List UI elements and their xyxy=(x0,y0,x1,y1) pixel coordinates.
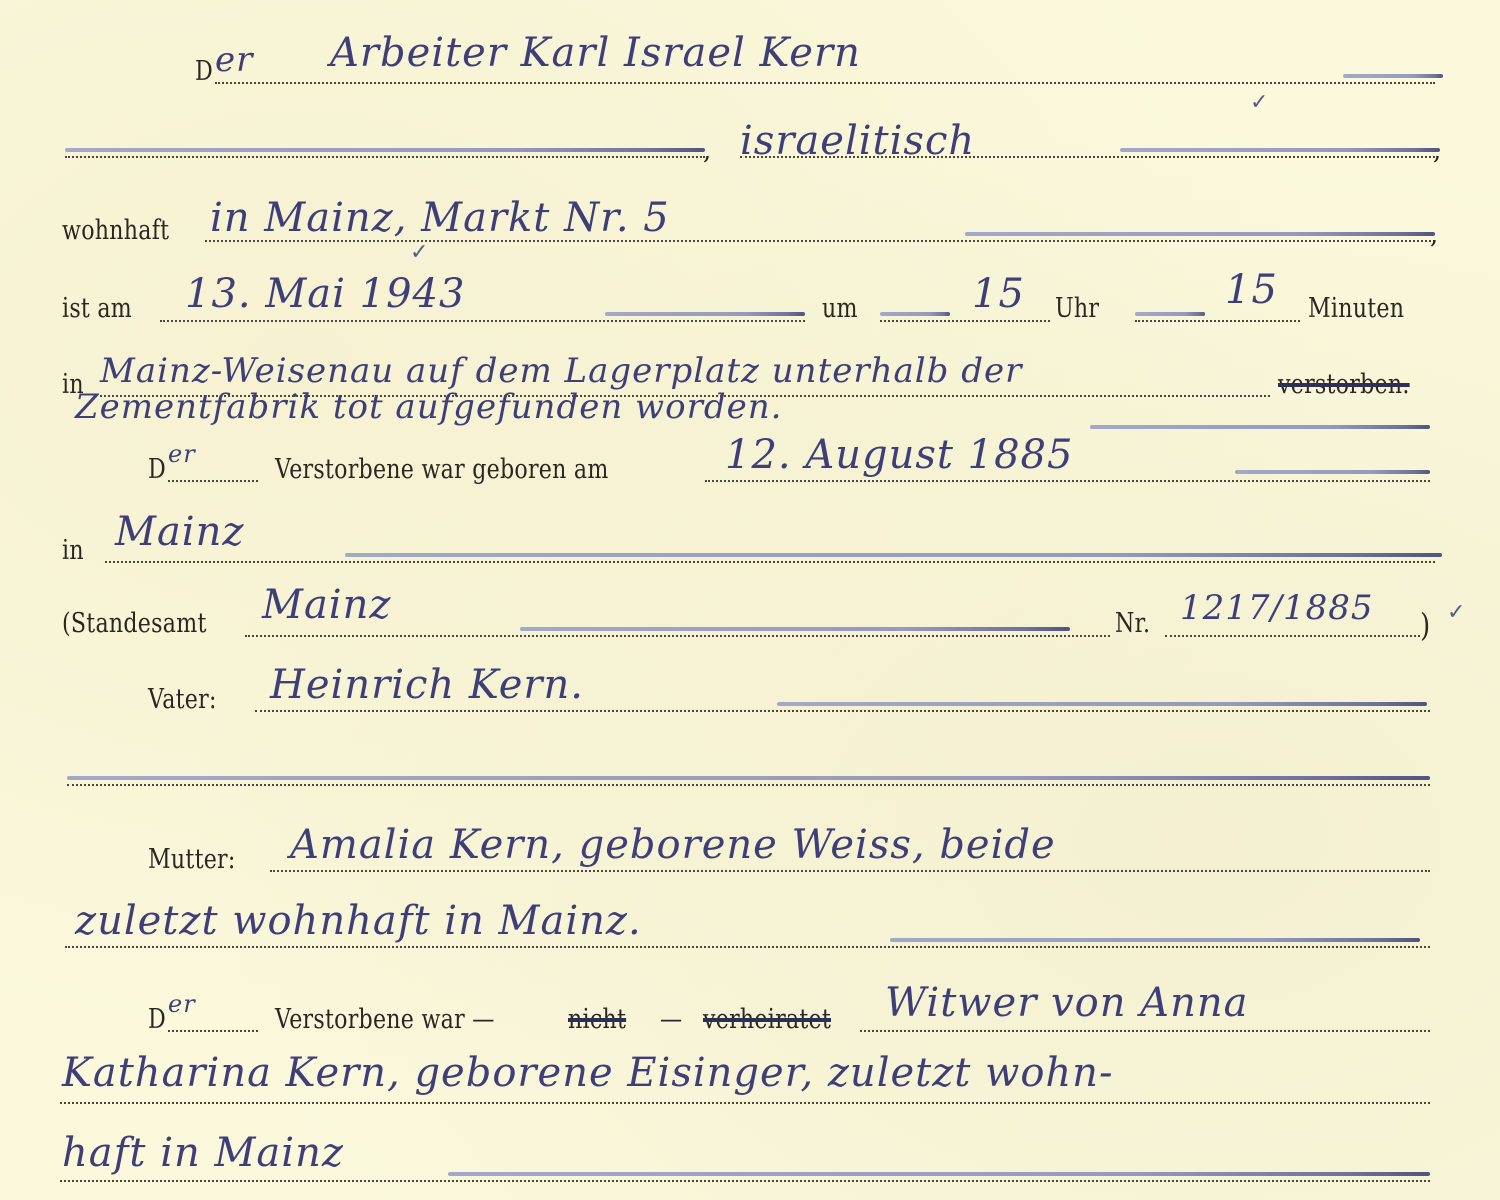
dotted-line xyxy=(860,1030,1430,1032)
fill-line xyxy=(1090,425,1430,429)
dotted-line xyxy=(168,480,258,482)
dotted-line xyxy=(740,156,1435,158)
registry-office: Mainz xyxy=(262,582,391,628)
dotted-line xyxy=(245,635,1110,637)
row-religion: , israelitisch , xyxy=(0,118,1500,178)
death-place-line1: Mainz-Weisenau auf dem Lagerplatz unterh… xyxy=(100,351,1022,391)
prefix-er-hand: er xyxy=(215,40,253,80)
dotted-line xyxy=(705,480,1430,482)
label-um: um xyxy=(822,293,858,324)
row-birth-place: in Mainz xyxy=(0,515,1500,575)
deceased-name: Arbeiter Karl Israel Kern xyxy=(330,30,861,76)
fill-line xyxy=(1235,470,1430,474)
dotted-line xyxy=(1135,320,1300,322)
fill-line xyxy=(520,627,1070,631)
dotted-line xyxy=(205,240,1435,242)
fill-line xyxy=(67,776,1430,780)
fill-line xyxy=(605,312,805,316)
comma: , xyxy=(703,136,711,166)
label-uhr: Uhr xyxy=(1055,293,1099,324)
fill-line xyxy=(65,148,705,152)
label-vater: Vater: xyxy=(148,684,217,715)
comma: , xyxy=(1433,136,1441,166)
fill-line xyxy=(1343,74,1443,78)
birth-date: 12. August 1885 xyxy=(725,432,1073,478)
row-father: Vater: Heinrich Kern. xyxy=(0,670,1500,730)
row-death-place: in Mainz-Weisenau auf dem Lagerplatz unt… xyxy=(0,355,1500,435)
row-death-date: ist am 13. Mai 1943 um 15 Uhr 15 Minuten xyxy=(0,275,1500,335)
label-geboren-am: Verstorbene war geboren am xyxy=(275,454,609,485)
check-mark-icon: ✓ xyxy=(1250,90,1268,115)
dotted-line xyxy=(60,1180,1430,1182)
label-in: in xyxy=(62,535,84,566)
mother-line2: zuletzt wohnhaft in Mainz. xyxy=(75,898,642,944)
dotted-line xyxy=(1165,635,1420,637)
label-ist-am: ist am xyxy=(62,293,132,324)
label-verstorbene-war: Verstorbene war — xyxy=(275,1004,495,1035)
comma: , xyxy=(1430,220,1438,250)
death-place-line2: Zementfabrik tot aufgefunden worden. xyxy=(75,387,782,427)
dotted-line xyxy=(880,320,1050,322)
row-name: D er Arbeiter Karl Israel Kern ✓ xyxy=(0,30,1500,90)
fill-line xyxy=(345,553,1442,557)
fill-line xyxy=(448,1172,1430,1176)
check-mark-icon: ✓ xyxy=(1447,600,1465,625)
dotted-line xyxy=(105,561,1435,563)
prefix-er-hand: er xyxy=(168,990,196,1018)
dotted-line xyxy=(255,710,1430,712)
row-residence: wohnhaft in Mainz, Markt Nr. 5 , ✓ xyxy=(0,195,1500,255)
close-paren: ) xyxy=(1420,606,1430,644)
row-mother: Mutter: Amalia Kern, geborene Weiss, bei… xyxy=(0,830,1500,950)
marital-line2: Katharina Kern, geborene Eisinger, zulet… xyxy=(62,1050,1113,1096)
death-minute: 15 xyxy=(1225,267,1278,313)
document-paper: D er Arbeiter Karl Israel Kern ✓ , israe… xyxy=(0,0,1500,1200)
fill-line xyxy=(1120,148,1440,152)
dotted-line xyxy=(65,946,1430,948)
fill-line xyxy=(777,702,1427,706)
fill-line xyxy=(965,232,1435,236)
prefix-d: D xyxy=(148,454,166,485)
father-name: Heinrich Kern. xyxy=(270,662,584,708)
dotted-line xyxy=(160,320,805,322)
dotted-line xyxy=(215,82,1435,84)
death-date: 13. Mai 1943 xyxy=(185,271,465,317)
dotted-line xyxy=(65,156,705,158)
row-father-continued xyxy=(0,750,1500,810)
check-mark-icon: ✓ xyxy=(410,240,428,265)
label-wohnhaft: wohnhaft xyxy=(62,215,169,246)
row-birth-date: D er Verstorbene war geboren am 12. Augu… xyxy=(0,440,1500,500)
row-marital-status: D er Verstorbene war — nicht — verheirat… xyxy=(0,990,1500,1200)
row-registry-office: (Standesamt Mainz Nr. 1217/1885 ) ✓ xyxy=(0,590,1500,650)
struck-verheiratet: verheiratet xyxy=(703,1004,831,1035)
registry-number: 1217/1885 xyxy=(1180,588,1374,628)
fill-line xyxy=(890,938,1420,942)
dotted-line xyxy=(270,870,1430,872)
marital-line3: haft in Mainz xyxy=(62,1130,344,1176)
mother-line1: Amalia Kern, geborene Weiss, beide xyxy=(290,822,1056,868)
fill-line xyxy=(1135,312,1205,316)
dotted-line xyxy=(67,784,1430,786)
fill-line xyxy=(880,312,950,316)
label-minuten: Minuten xyxy=(1308,293,1404,324)
birth-place: Mainz xyxy=(115,509,244,555)
prefix-er-hand: er xyxy=(168,440,196,468)
struck-nicht: nicht xyxy=(568,1004,626,1035)
dotted-line xyxy=(60,1102,1430,1104)
marital-line1: Witwer von Anna xyxy=(885,980,1248,1026)
prefix-d: D xyxy=(148,1004,166,1035)
dash: — xyxy=(660,1004,682,1035)
prefix-d: D xyxy=(195,56,213,87)
label-mutter: Mutter: xyxy=(148,844,236,875)
death-hour: 15 xyxy=(972,271,1025,317)
label-standesamt: (Standesamt xyxy=(62,608,207,639)
struck-verstorben: verstorben. xyxy=(1278,369,1410,400)
dotted-line xyxy=(168,1030,258,1032)
residence: in Mainz, Markt Nr. 5 xyxy=(210,195,670,241)
label-nr: Nr. xyxy=(1115,608,1150,639)
